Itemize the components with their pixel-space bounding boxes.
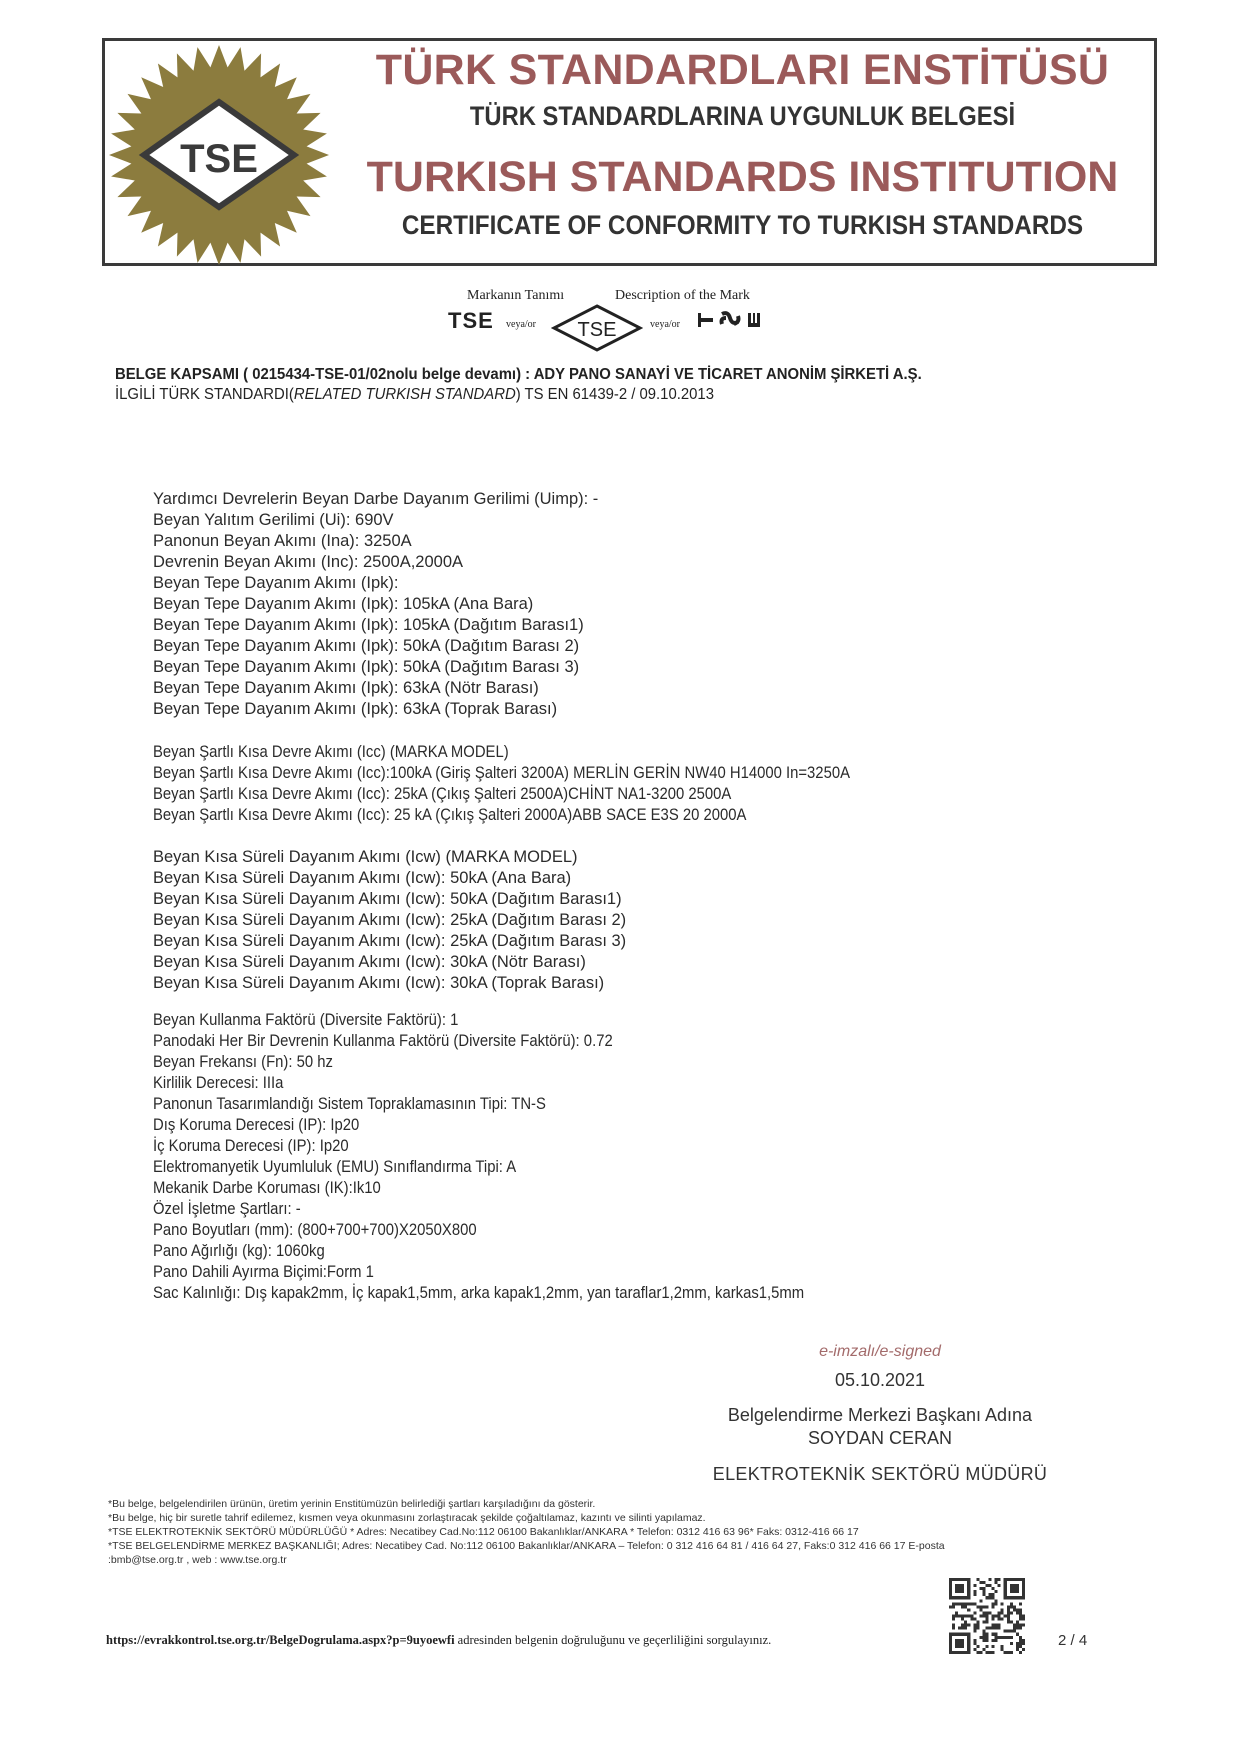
footer-note: :bmb@tse.org.tr , web : www.tse.org.tr bbox=[108, 1553, 945, 1567]
spec-line: Beyan Tepe Dayanım Akımı (Ipk): 63kA (To… bbox=[153, 699, 598, 720]
spec-line: Beyan Tepe Dayanım Akımı (Ipk): 50kA (Da… bbox=[153, 636, 598, 657]
certificate-title-tr: TÜRK STANDARDLARINA UYGUNLUK BELGESİ bbox=[380, 101, 1106, 132]
spec-line: Beyan Şartlı Kısa Devre Akımı (Icc) (MAR… bbox=[153, 742, 850, 763]
spec-line: Pano Dahili Ayırma Biçimi:Form 1 bbox=[153, 1262, 804, 1283]
spec-line: Beyan Yalıtım Gerilimi (Ui): 690V bbox=[153, 510, 598, 531]
scope-line: BELGE KAPSAMI ( 0215434-TSE-01/02nolu be… bbox=[115, 365, 1082, 385]
tse-rotated-mark-icon bbox=[696, 308, 762, 330]
svg-text:TSE: TSE bbox=[180, 137, 258, 181]
signer-role: Belgelendirme Merkezi Başkanı Adına bbox=[660, 1405, 1100, 1426]
spec-line: Panodaki Her Bir Devrenin Kullanma Faktö… bbox=[153, 1031, 804, 1052]
spec-line: Yardımcı Devrelerin Beyan Darbe Dayanım … bbox=[153, 489, 598, 510]
institute-title-en: TURKISH STANDARDS INSTITUTION bbox=[330, 153, 1155, 202]
spec-line: Beyan Kısa Süreli Dayanım Akımı (Icw): 5… bbox=[153, 868, 626, 889]
certificate-title-en: CERTIFICATE OF CONFORMITY TO TURKISH STA… bbox=[371, 210, 1114, 241]
spec-line: Beyan Şartlı Kısa Devre Akımı (Icc): 25 … bbox=[153, 805, 850, 826]
mark-plain-tse: TSE bbox=[448, 308, 494, 334]
spec-line: Elektromanyetik Uyumluluk (EMU) Sınıflan… bbox=[153, 1157, 804, 1178]
certificate-scope: BELGE KAPSAMI ( 0215434-TSE-01/02nolu be… bbox=[115, 365, 1155, 405]
footer-note: *TSE ELEKTROTEKNİK SEKTÖRÜ MÜDÜRLÜĞÜ * A… bbox=[108, 1525, 945, 1539]
spec-line: Beyan Kısa Süreli Dayanım Akımı (Icw) (M… bbox=[153, 847, 626, 868]
svg-text:TSE: TSE bbox=[578, 319, 617, 341]
verification-line: https://evrakkontrol.tse.org.tr/BelgeDog… bbox=[106, 1633, 771, 1648]
spec-line: Beyan Tepe Dayanım Akımı (Ipk): 105kA (D… bbox=[153, 615, 598, 636]
signer-name: SOYDAN CERAN bbox=[660, 1428, 1100, 1449]
spec-line: Beyan Şartlı Kısa Devre Akımı (Icc):100k… bbox=[153, 763, 850, 784]
footer-note: *TSE BELGELENDİRME MERKEZ BAŞKANLIĞI; Ad… bbox=[108, 1539, 945, 1553]
signature-date: 05.10.2021 bbox=[660, 1370, 1100, 1391]
spec-line: Beyan Kısa Süreli Dayanım Akımı (Icw): 3… bbox=[153, 952, 626, 973]
tse-diamond-mark-icon: TSE bbox=[551, 303, 643, 353]
spec-line: Kirlilik Derecesi: IIIa bbox=[153, 1073, 804, 1094]
spec-line: Panonun Beyan Akımı (Ina): 3250A bbox=[153, 531, 598, 552]
spec-line: Beyan Tepe Dayanım Akımı (Ipk): bbox=[153, 573, 598, 594]
specs-group-short-circuit: Beyan Şartlı Kısa Devre Akımı (Icc) (MAR… bbox=[153, 742, 927, 826]
spec-line: İç Koruma Derecesi (IP): Ip20 bbox=[153, 1136, 804, 1157]
qr-code-icon[interactable] bbox=[949, 1577, 1025, 1655]
spec-line: Pano Boyutları (mm): (800+700+700)X2050X… bbox=[153, 1220, 804, 1241]
page-number: 2 / 4 bbox=[1058, 1632, 1087, 1649]
specs-group-short-time-withstand: Beyan Kısa Süreli Dayanım Akımı (Icw) (M… bbox=[153, 847, 626, 994]
spec-line: Sac Kalınlığı: Dış kapak2mm, İç kapak1,5… bbox=[153, 1283, 804, 1304]
spec-line: Devrenin Beyan Akımı (Inc): 2500A,2000A bbox=[153, 552, 598, 573]
spec-line: Beyan Frekansı (Fn): 50 hz bbox=[153, 1052, 804, 1073]
related-standard-line: İLGİLİ TÜRK STANDARDI(RELATED TURKISH ST… bbox=[115, 385, 1082, 405]
signer-department: ELEKTROTEKNİK SEKTÖRÜ MÜDÜRÜ bbox=[660, 1464, 1100, 1485]
spec-line: Dış Koruma Derecesi (IP): Ip20 bbox=[153, 1115, 804, 1136]
mark-description: Markanın Tanımı Description of the Mark … bbox=[420, 286, 820, 356]
spec-line: Özel İşletme Şartları: - bbox=[153, 1199, 804, 1220]
institute-title-tr: TÜRK STANDARDLARI ENSTİTÜSÜ bbox=[330, 46, 1155, 95]
spec-line: Beyan Kullanma Faktörü (Diversite Faktör… bbox=[153, 1010, 804, 1031]
spec-line: Beyan Tepe Dayanım Akımı (Ipk): 50kA (Da… bbox=[153, 657, 598, 678]
spec-line: Mekanik Darbe Koruması (IK):Ik10 bbox=[153, 1178, 804, 1199]
specs-group-rated-values: Yardımcı Devrelerin Beyan Darbe Dayanım … bbox=[153, 489, 598, 720]
specs-group-general: Beyan Kullanma Faktörü (Diversite Faktör… bbox=[153, 1010, 877, 1304]
spec-line: Beyan Kısa Süreli Dayanım Akımı (Icw): 5… bbox=[153, 889, 626, 910]
mark-label-tr: Markanın Tanımı bbox=[467, 288, 564, 304]
spec-line: Beyan Kısa Süreli Dayanım Akımı (Icw): 2… bbox=[153, 931, 626, 952]
verification-link[interactable]: https://evrakkontrol.tse.org.tr/BelgeDog… bbox=[106, 1633, 455, 1647]
spec-line: Beyan Tepe Dayanım Akımı (Ipk): 63kA (Nö… bbox=[153, 678, 598, 699]
spec-line: Beyan Şartlı Kısa Devre Akımı (Icc): 25k… bbox=[153, 784, 850, 805]
e-signed-label: e-imzalı/e-signed bbox=[660, 1343, 1100, 1361]
spec-line: Panonun Tasarımlandığı Sistem Topraklama… bbox=[153, 1094, 804, 1115]
spec-line: Beyan Tepe Dayanım Akımı (Ipk): 105kA (A… bbox=[153, 594, 598, 615]
footer-note: *Bu belge, belgelendirilen ürünün, üreti… bbox=[108, 1497, 945, 1511]
spec-line: Beyan Kısa Süreli Dayanım Akımı (Icw): 2… bbox=[153, 910, 626, 931]
tse-seal-icon: TSE bbox=[108, 44, 330, 266]
mark-label-en: Description of the Mark bbox=[615, 288, 750, 304]
or-label: veya/or bbox=[506, 319, 536, 330]
or-label: veya/or bbox=[650, 319, 680, 330]
spec-line: Pano Ağırlığı (kg): 1060kg bbox=[153, 1241, 804, 1262]
footer-notes: *Bu belge, belgelendirilen ürünün, üreti… bbox=[108, 1497, 945, 1567]
footer-note: *Bu belge, hiç bir suretle tahrif edilem… bbox=[108, 1511, 945, 1525]
spec-line: Beyan Kısa Süreli Dayanım Akımı (Icw): 3… bbox=[153, 973, 626, 994]
